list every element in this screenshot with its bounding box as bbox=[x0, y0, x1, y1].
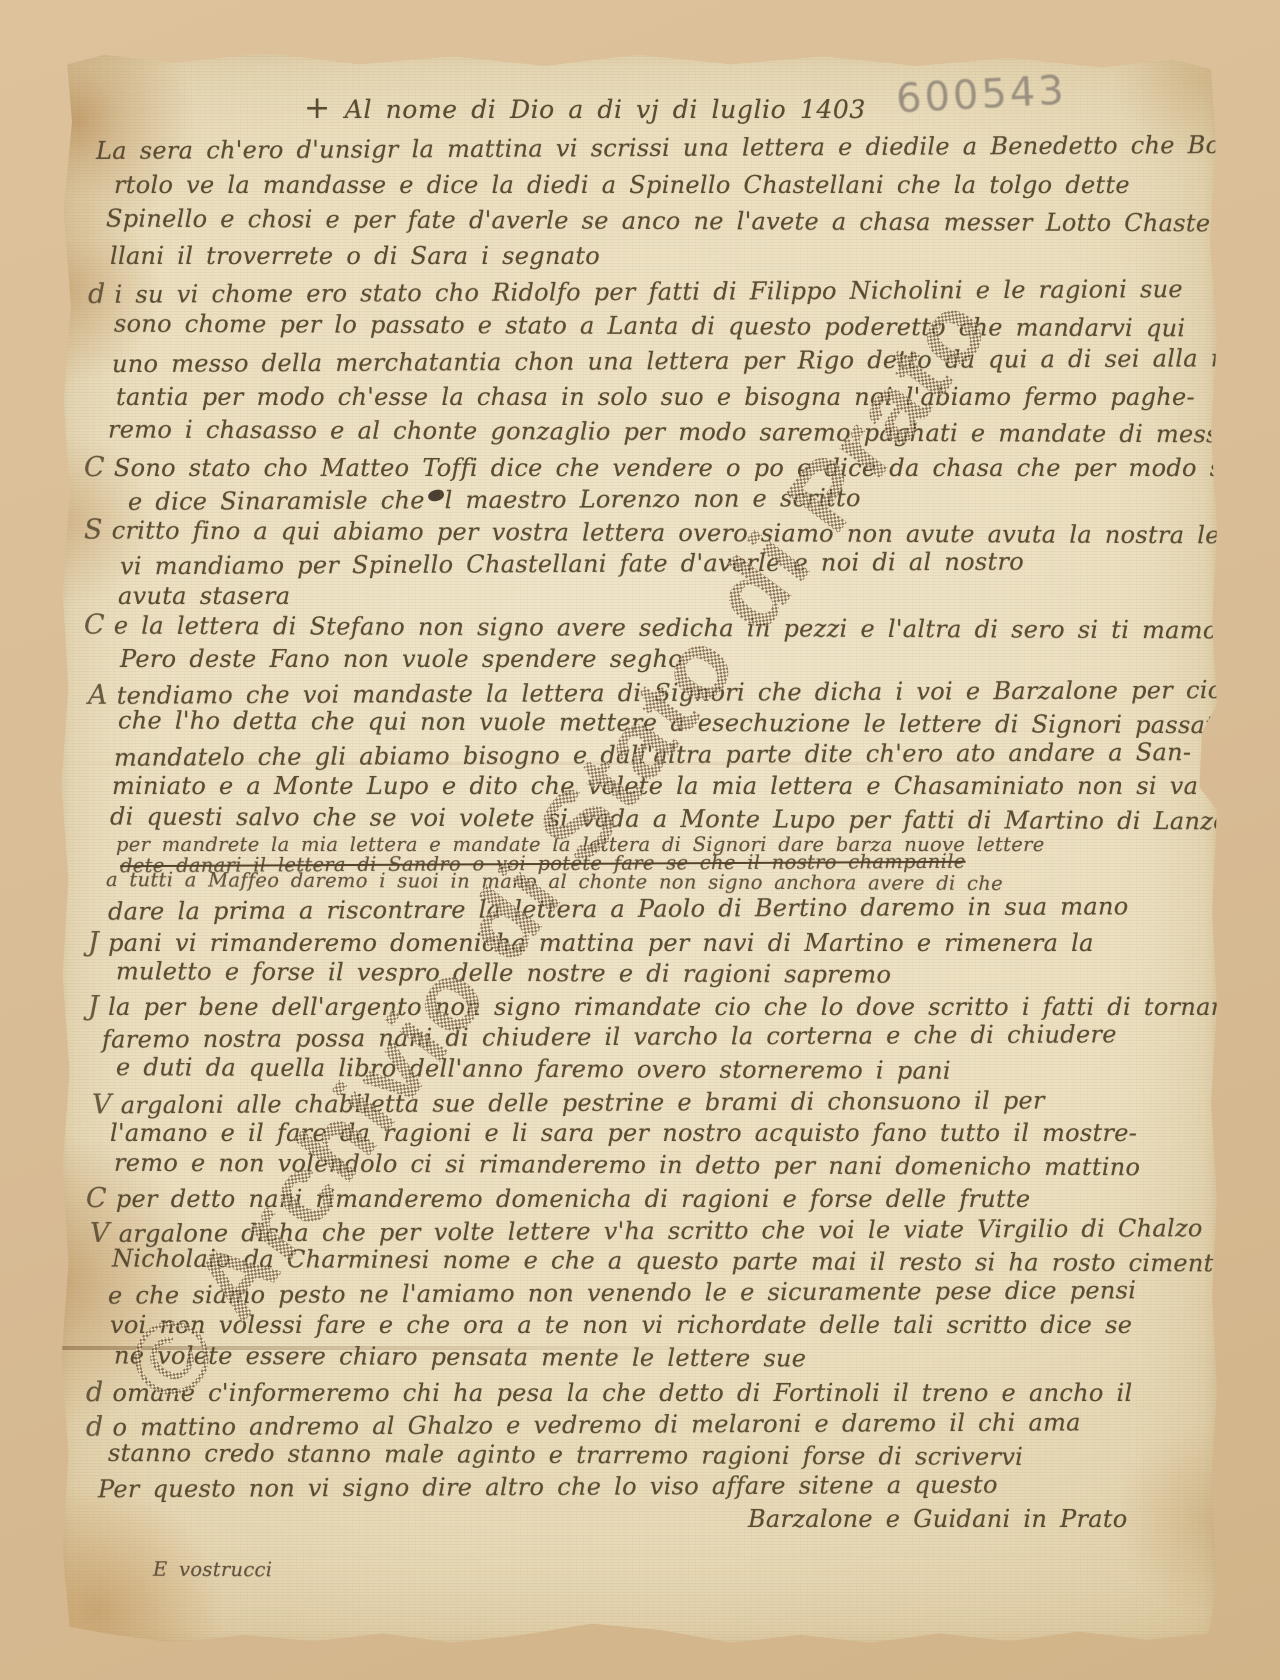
handwriting-line: Nicholaio da Charminesi nome e che a que… bbox=[112, 1245, 1218, 1278]
handwriting-text: Pero deste Fano non vuole spendere segho bbox=[120, 645, 683, 673]
handwriting-line: che l'ho detta che qui non vuole mettere… bbox=[118, 706, 1218, 739]
handwriting-text: argaloni alle chabiletta sue delle pestr… bbox=[121, 1087, 1045, 1120]
handwriting-line: vi mandiamo per Spinello Chastellani fat… bbox=[120, 548, 1024, 581]
paragraph-mark: J bbox=[88, 927, 99, 958]
handwriting-text: Sono stato cho Matteo Toffi dice che ven… bbox=[114, 454, 1218, 482]
handwriting-line: a tutti a Maffeo daremo i suoi in mano a… bbox=[106, 868, 1003, 895]
handwriting-text: tendiamo che voi mandaste la lettera di … bbox=[117, 676, 1218, 710]
handwriting-line: Scritto fino a qui abiamo per vostra let… bbox=[84, 514, 1218, 550]
handwriting-line: uno messo della merchatantia chon una le… bbox=[112, 344, 1218, 378]
handwriting-line: miniato e a Monte Lupo e dito che volete… bbox=[112, 772, 1218, 800]
handwriting-text: dare la prima a riscontrare la lettera a… bbox=[108, 892, 1129, 925]
handwriting-line: La sera ch'ero d'unsigr la mattina vi sc… bbox=[96, 131, 1218, 165]
handwriting-text: l'amano e il fare da ragioni e li sara p… bbox=[110, 1119, 1137, 1147]
handwriting-text: a tutti a Maffeo daremo i suoi in mano a… bbox=[106, 868, 1003, 895]
handwriting-line: mandatelo che gli abiamo bisogno e dall'… bbox=[114, 738, 1191, 772]
handwriting-text: argalone dicha che per volte lettere v'h… bbox=[119, 1214, 1218, 1248]
handwriting-text: tantia per modo ch'esse la chasa in solo… bbox=[116, 383, 1195, 411]
handwriting-line: Spinello e chosi e per fate d'averle se … bbox=[106, 205, 1218, 238]
archive-number: 600543 bbox=[895, 68, 1068, 123]
handwriting-line: l'amano e il fare da ragioni e li sara p… bbox=[110, 1119, 1137, 1147]
handwriting-text: La sera ch'ero d'unsigr la mattina vi sc… bbox=[96, 131, 1218, 165]
handwriting-text: di questi salvo che se voi volete si vad… bbox=[110, 803, 1218, 836]
handwriting-line: Vargalone dicha che per volte lettere v'… bbox=[90, 1212, 1218, 1249]
handwriting-text: E vostrucci bbox=[153, 1558, 272, 1582]
handwriting-text: e dice Sinaramisle che 'l maestro Lorenz… bbox=[128, 484, 861, 516]
handwriting-text: e che siamo pesto ne l'amiamo non venend… bbox=[108, 1276, 1136, 1309]
paragraph-mark: d bbox=[88, 279, 106, 310]
handwriting-text: Barzalone e Guidani in Prato bbox=[748, 1505, 1128, 1533]
handwriting-line: dare la prima a riscontrare la lettera a… bbox=[108, 892, 1129, 925]
paragraph-mark: J bbox=[88, 991, 99, 1022]
handwriting-text: miniato e a Monte Lupo e dito che volete… bbox=[112, 772, 1218, 800]
handwriting-line: E vostrucci bbox=[153, 1558, 272, 1582]
handwriting-text: llani il troverrete o di Sara i segnato bbox=[110, 242, 600, 270]
handwriting-text: sono chome per lo passato e stato a Lant… bbox=[114, 310, 1185, 343]
handwriting-text: ne volete essere chiaro pensata mente le… bbox=[114, 1341, 806, 1372]
handwriting-line: stanno credo stanno male aginto e trarre… bbox=[108, 1439, 1023, 1471]
handwriting-line: CSono stato cho Matteo Toffi dice che ve… bbox=[84, 452, 1218, 483]
paragraph-mark: C bbox=[86, 1183, 107, 1214]
paragraph-mark: S bbox=[84, 514, 103, 545]
handwriting-line: voi non volessi fare e che ora a te non … bbox=[110, 1311, 1132, 1339]
handwriting-text: rtolo ve la mandasse e dice la diedi a S… bbox=[114, 171, 1130, 199]
handwriting-line: Jla per bene dell'argento non signo rima… bbox=[88, 991, 1218, 1022]
handwriting-text: e la lettera di Stefano non signo avere … bbox=[114, 612, 1218, 645]
handwriting-line: Cper detto nani rimanderemo domenicha di… bbox=[86, 1183, 1030, 1214]
handwriting-text: e duti da quella libro dell'anno faremo … bbox=[116, 1053, 951, 1085]
handwriting-line: Vargaloni alle chabiletta sue delle pest… bbox=[92, 1085, 1045, 1121]
handwriting-line: Barzalone e Guidani in Prato bbox=[748, 1505, 1128, 1533]
handwriting-line: tantia per modo ch'esse la chasa in solo… bbox=[116, 383, 1195, 411]
paragraph-mark: V bbox=[90, 1218, 110, 1249]
handwriting-text: remo i chasasso e al chonte gonzaglio pe… bbox=[108, 416, 1218, 449]
handwriting-line: sono chome per lo passato e stato a Lant… bbox=[114, 310, 1185, 343]
handwriting-text: vi mandiamo per Spinello Chastellani fat… bbox=[120, 548, 1024, 581]
handwriting-line: faremo nostra possa nani di chiudere il … bbox=[102, 1020, 1117, 1053]
handwriting-line: remo i chasasso e al chonte gonzaglio pe… bbox=[108, 416, 1218, 449]
paragraph-mark: A bbox=[88, 680, 108, 711]
handwriting-line: Pero deste Fano non vuole spendere segho bbox=[120, 645, 683, 673]
handwriting-text: stanno credo stanno male aginto e trarre… bbox=[108, 1439, 1023, 1471]
handwriting-text: o mattino andremo al Ghalzo e vedremo di… bbox=[112, 1408, 1080, 1441]
manuscript-lines: La sera ch'ero d'unsigr la mattina vi sc… bbox=[58, 50, 1218, 1646]
scan-background: +Al nome di Dio a di vj di luglio 1403 L… bbox=[0, 0, 1280, 1680]
handwriting-text: i su vi chome ero stato cho Ridolfo per … bbox=[114, 275, 1183, 309]
handwriting-text: mandatelo che gli abiamo bisogno e dall'… bbox=[114, 738, 1191, 772]
handwriting-text: per detto nani rimanderemo domenicha di … bbox=[116, 1185, 1031, 1213]
paragraph-mark: C bbox=[84, 609, 105, 640]
handwriting-text: pani vi rimanderemo domenicha mattina pe… bbox=[108, 929, 1094, 957]
paragraph-mark: C bbox=[84, 452, 105, 483]
handwriting-line: e che siamo pesto ne l'amiamo non venend… bbox=[108, 1276, 1136, 1309]
handwriting-text: la per bene dell'argento non signo riman… bbox=[108, 993, 1218, 1021]
handwriting-line: e dice Sinaramisle che 'l maestro Lorenz… bbox=[128, 484, 861, 516]
handwriting-text: omane c'informeremo chi ha pesa la che d… bbox=[113, 1379, 1133, 1407]
handwriting-text: che l'ho detta che qui non vuole mettere… bbox=[118, 706, 1218, 739]
handwriting-line: muletto e forse il vespro delle nostre e… bbox=[116, 957, 891, 988]
handwriting-text: uno messo della merchatantia chon una le… bbox=[112, 344, 1218, 378]
handwriting-line: do mattino andremo al Ghalzo e vedremo d… bbox=[86, 1406, 1081, 1442]
handwriting-line: Jpani vi rimanderemo domenicha mattina p… bbox=[88, 927, 1094, 958]
handwriting-text: Spinello e chosi e per fate d'averle se … bbox=[106, 205, 1218, 238]
paragraph-mark: d bbox=[86, 1412, 104, 1443]
handwriting-text: faremo nostra possa nani di chiudere il … bbox=[102, 1020, 1117, 1053]
manuscript-page: +Al nome di Dio a di vj di luglio 1403 L… bbox=[58, 50, 1218, 1646]
handwriting-line: llani il troverrete o di Sara i segnato bbox=[110, 242, 600, 270]
handwriting-line: rtolo ve la mandasse e dice la diedi a S… bbox=[114, 171, 1130, 199]
handwriting-text: Per questo non vi signo dire altro che l… bbox=[98, 1471, 998, 1504]
handwriting-line: Atendiamo che voi mandaste la lettera di… bbox=[88, 674, 1218, 711]
paragraph-mark: V bbox=[92, 1089, 112, 1120]
handwriting-line: e duti da quella libro dell'anno faremo … bbox=[116, 1053, 951, 1085]
handwriting-line: di su vi chome ero stato cho Ridolfo per… bbox=[88, 273, 1183, 310]
handwriting-line: Per questo non vi signo dire altro che l… bbox=[98, 1471, 998, 1504]
handwriting-line: domane c'informeremo chi ha pesa la che … bbox=[86, 1377, 1132, 1408]
handwriting-line: remo e non volendolo ci si rimanderemo i… bbox=[114, 1149, 1140, 1181]
handwriting-line: ne volete essere chiaro pensata mente le… bbox=[114, 1341, 806, 1372]
handwriting-text: Nicholaio da Charminesi nome e che a que… bbox=[112, 1245, 1218, 1278]
handwriting-text: muletto e forse il vespro delle nostre e… bbox=[116, 957, 891, 988]
handwriting-text: avuta stasera bbox=[118, 582, 290, 610]
handwriting-line: di questi salvo che se voi volete si vad… bbox=[110, 803, 1218, 836]
handwriting-line: Ce la lettera di Stefano non signo avere… bbox=[84, 609, 1218, 645]
handwriting-text: remo e non volendolo ci si rimanderemo i… bbox=[114, 1149, 1140, 1181]
handwriting-text: critto fino a qui abiamo per vostra lett… bbox=[112, 517, 1218, 550]
handwriting-line: avuta stasera bbox=[118, 582, 290, 610]
paragraph-mark: d bbox=[86, 1377, 104, 1408]
handwriting-text: voi non volessi fare e che ora a te non … bbox=[110, 1311, 1132, 1339]
